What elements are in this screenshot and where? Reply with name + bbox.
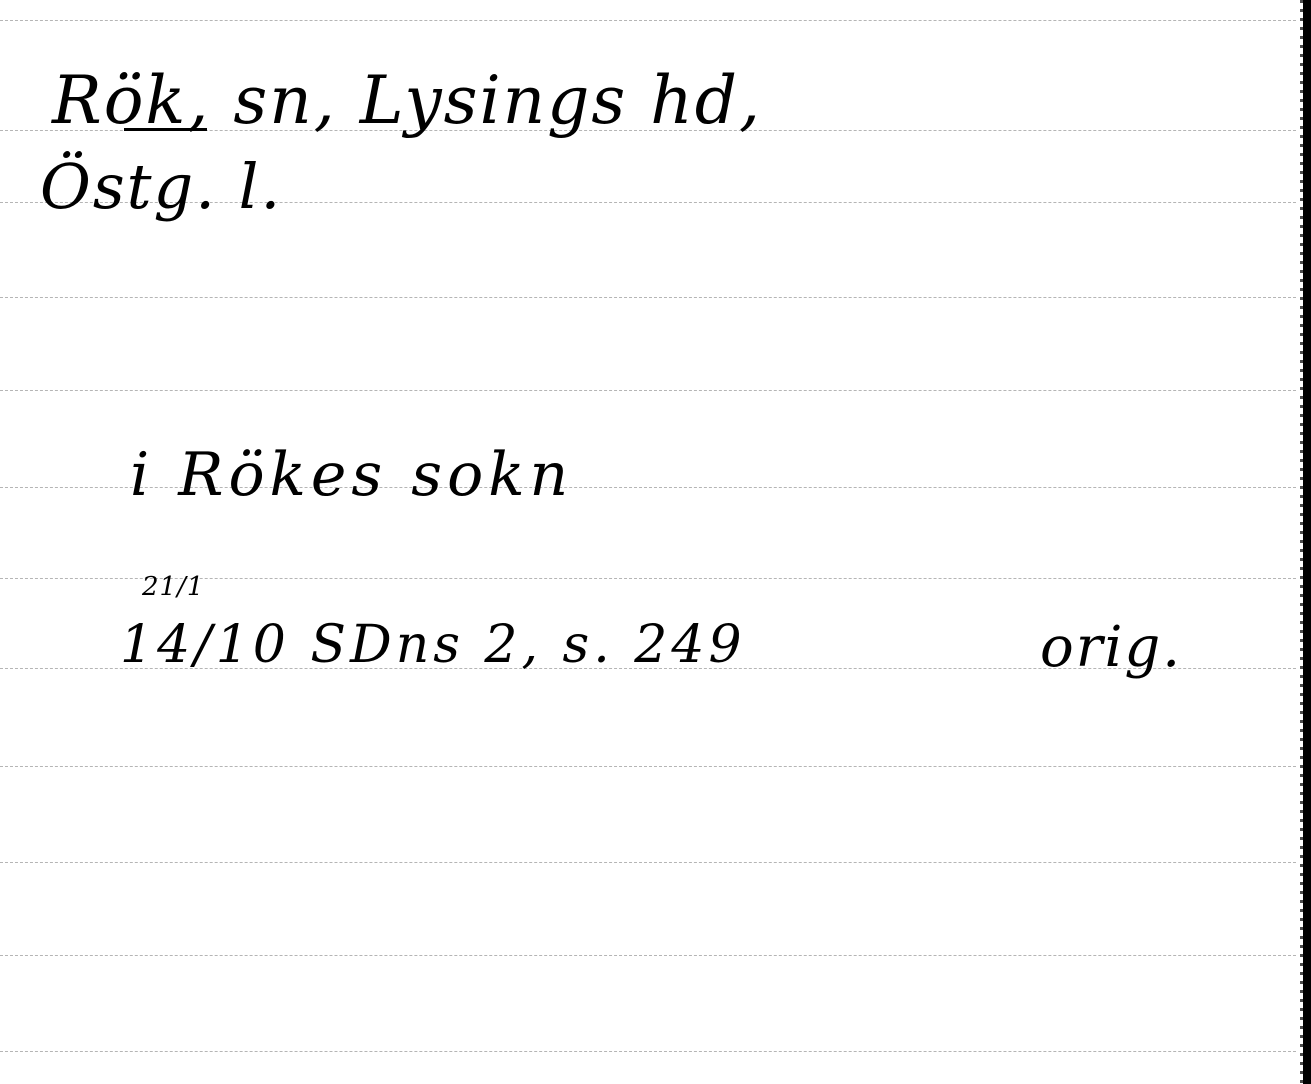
ruled-line [0,955,1296,956]
parish-line: i Rökes sokn [130,440,573,510]
source-reference: 14/10 SDns 2, s. 249 [120,615,746,675]
card-right-edge [1303,0,1311,1084]
province-line: Östg. l. [40,150,282,223]
ruled-line [0,862,1296,863]
ruled-line [0,297,1296,298]
stress-underline [124,128,207,131]
date-superscript: 21/1 [142,572,204,602]
ruled-line [0,390,1296,391]
source-note: orig. [1040,615,1182,680]
ruled-line [0,766,1296,767]
ruled-line [0,1051,1296,1052]
index-card: Rök, sn, Lysings hd, Östg. l. i Rökes so… [0,0,1311,1084]
ruled-line [0,20,1296,21]
